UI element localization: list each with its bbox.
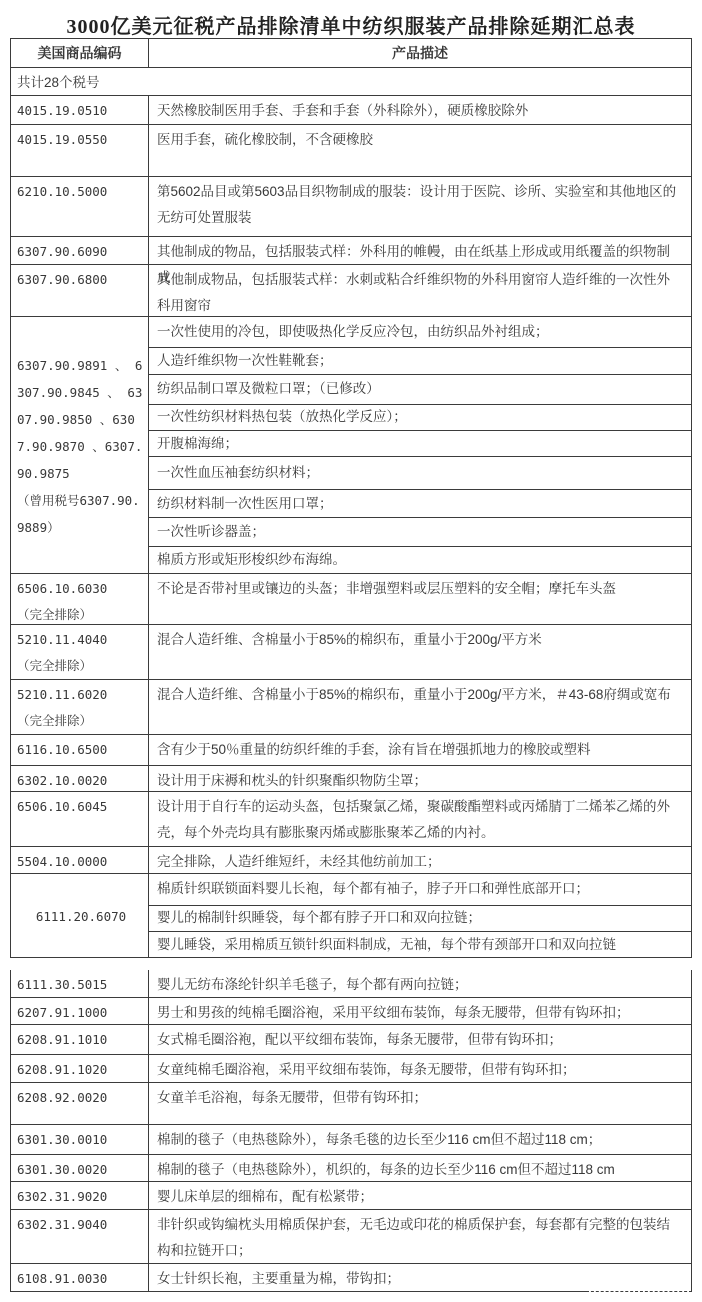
code-cell: 6301.30.0020	[11, 1155, 149, 1181]
desc-cell: 设计用于自行车的运动头盔，包括聚氯乙烯，聚碳酸酯塑料或丙烯腈丁二烯苯乙烯的外壳，…	[149, 792, 691, 846]
sub-row: 一次性使用的冷包，即使吸热化学反应冷包，由纺织品外衬组成；	[149, 317, 691, 347]
sub-row: 人造纤维织物一次性鞋靴套；	[149, 347, 691, 374]
table-row-group: 6111.20.6070 棉质针织联锁面料婴儿长袍，每个都有袖子，脖子开口和弹性…	[11, 873, 691, 957]
table-row: 6108.91.0030 女士针织长袍，主要重量为棉，带钩扣；	[11, 1263, 691, 1291]
code-cell: 4015.19.0510	[11, 96, 149, 124]
sub-row-list: 一次性使用的冷包，即使吸热化学反应冷包，由纺织品外衬组成； 人造纤维织物一次性鞋…	[149, 317, 691, 573]
code-cell: 6301.30.0010	[11, 1125, 149, 1154]
table-row: 6301.30.0010 棉制的毯子（电热毯除外），每条毛毯的边长至少116 c…	[11, 1124, 691, 1154]
desc-cell: 女士针织长袍，主要重量为棉，带钩扣；	[149, 1264, 691, 1291]
table-row: 4015.19.0550 医用手套，硫化橡胶制，不含硬橡胶	[11, 124, 691, 176]
table-row: 6302.10.0020 设计用于床褥和枕头的针织聚酯织物防尘罩；	[11, 765, 691, 791]
code-cell: 6506.10.6030 （完全排除）	[11, 574, 149, 624]
code-cell: 6208.91.1020	[11, 1055, 149, 1082]
table-row: 6207.91.1000 男士和男孩的纯棉毛圈浴袍，采用平纹细布装饰，每条无腰带…	[11, 997, 691, 1024]
desc-cell: 棉制的毯子（电热毯除外），机织的，每条的边长至少116 cm但不超过118 cm	[149, 1155, 691, 1181]
table-row: 6208.91.1010 女式棉毛圈浴袍，配以平纹细布装饰，每条无腰带，但带有钩…	[11, 1024, 691, 1054]
table-row-group: 6307.90.9891 、 6307.90.9845 、 6307.90.98…	[11, 316, 691, 573]
sub-row: 婴儿睡袋，采用棉质互锁针织面料制成，无袖，每个带有颈部开口和双向拉链	[149, 931, 691, 957]
bottom-border-dashed-segment	[586, 1291, 692, 1292]
header-desc: 产品描述	[149, 39, 691, 67]
table-row: 5210.11.4040 （完全排除） 混合人造纤维、含棉量小于85%的棉织布，…	[11, 624, 691, 679]
desc-cell: 女童羊毛浴袍，每条无腰带，但带有钩环扣；	[149, 1083, 691, 1124]
code-note: （曾用税号6307.90.9889）	[17, 487, 145, 541]
desc-cell: 设计用于床褥和枕头的针织聚酯织物防尘罩；	[149, 766, 691, 791]
code-cell: 6307.90.6800	[11, 265, 149, 316]
code-cell: 6302.10.0020	[11, 766, 149, 791]
summary-text: 共计28个税号	[11, 68, 691, 95]
sub-row: 婴儿的棉制针织睡袋，每个都有脖子开口和双向拉链；	[149, 905, 691, 932]
sub-row: 一次性听诊器盖；	[149, 517, 691, 546]
code-note: （完全排除）	[17, 653, 145, 679]
desc-cell: 女式棉毛圈浴袍，配以平纹细布装饰，每条无腰带，但带有钩环扣；	[149, 1025, 691, 1054]
document-page: 3000亿美元征税产品排除清单中纺织服装产品排除延期汇总表 美国商品编码 产品描…	[0, 0, 702, 1302]
code-cell: 6208.92.0020	[11, 1083, 149, 1124]
table-row: 6208.91.1020 女童纯棉毛圈浴袍，采用平纹细布装饰，每条无腰带，但带有…	[11, 1054, 691, 1082]
desc-cell: 其他制成的物品，包括服装式样：外科用的帷幔，由在纸基上形成或用纸覆盖的织物制成	[149, 237, 691, 264]
document-title: 3000亿美元征税产品排除清单中纺织服装产品排除延期汇总表	[0, 0, 702, 38]
code-list: 6307.90.9891 、 6307.90.9845 、 6307.90.98…	[17, 352, 145, 487]
code-cell: 6302.31.9020	[11, 1182, 149, 1209]
desc-cell: 棉制的毯子（电热毯除外），每条毛毯的边长至少116 cm但不超过118 cm；	[149, 1125, 691, 1154]
summary-row: 共计28个税号	[11, 67, 691, 95]
table-row: 6210.10.5000 第5602品目或第5603品目织物制成的服装：设计用于…	[11, 176, 691, 236]
sub-row: 棉质针织联锁面料婴儿长袍，每个都有袖子，脖子开口和弹性底部开口；	[149, 874, 691, 905]
page-break-gap	[0, 958, 702, 970]
table-row: 6506.10.6045 设计用于自行车的运动头盔，包括聚氯乙烯，聚碳酸酯塑料或…	[11, 791, 691, 846]
table-row: 6302.31.9020 婴儿床单层的细棉布，配有松紧带；	[11, 1181, 691, 1209]
desc-cell: 其他制成物品，包括服装式样：水刺或粘合纤维织物的外科用窗帘人造纤维的一次性外科用…	[149, 265, 691, 316]
code-text: 6506.10.6030	[17, 581, 107, 596]
table-row: 6208.92.0020 女童羊毛浴袍，每条无腰带，但带有钩环扣；	[11, 1082, 691, 1124]
desc-cell: 女童纯棉毛圈浴袍，采用平纹细布装饰，每条无腰带，但带有钩环扣；	[149, 1055, 691, 1082]
tariff-table-part-1: 美国商品编码 产品描述 共计28个税号 4015.19.0510 天然橡胶制医用…	[10, 38, 692, 958]
sub-row: 纺织品制口罩及微粒口罩；（已修改）	[149, 374, 691, 404]
desc-cell: 非针织或钩编枕头用棉质保护套，无毛边或印花的棉质保护套，每套都有完整的包装结构和…	[149, 1210, 691, 1263]
code-cell: 6506.10.6045	[11, 792, 149, 846]
table-row: 4015.19.0510 天然橡胶制医用手套、手套和手套（外科除外），硬质橡胶除…	[11, 95, 691, 124]
table-row: 6301.30.0020 棉制的毯子（电热毯除外），机织的，每条的边长至少116…	[11, 1154, 691, 1181]
desc-cell: 男士和男孩的纯棉毛圈浴袍，采用平纹细布装饰，每条无腰带，但带有钩环扣；	[149, 998, 691, 1024]
sub-row: 棉质方形或矩形梭织纱布海绵。	[149, 546, 691, 573]
desc-cell: 完全排除，人造纤维短纤，未经其他纺前加工；	[149, 847, 691, 873]
desc-cell: 医用手套，硫化橡胶制，不含硬橡胶	[149, 125, 691, 176]
table-row: 6506.10.6030 （完全排除） 不论是否带衬里或镶边的头盔；非增强塑料或…	[11, 573, 691, 624]
code-cell: 6307.90.6090	[11, 237, 149, 264]
code-cell: 6208.91.1010	[11, 1025, 149, 1054]
desc-cell: 不论是否带衬里或镶边的头盔；非增强塑料或层压塑料的安全帽；摩托车头盔	[149, 574, 691, 624]
table-row: 6307.90.6800 其他制成物品，包括服装式样：水刺或粘合纤维织物的外科用…	[11, 264, 691, 316]
code-cell: 5210.11.6020 （完全排除）	[11, 680, 149, 734]
table-row: 6307.90.6090 其他制成的物品，包括服装式样：外科用的帷幔，由在纸基上…	[11, 236, 691, 264]
desc-cell: 混合人造纤维、含棉量小于85%的棉织布，重量小于200g/平方米，＃43-68府…	[149, 680, 691, 734]
code-cell: 6307.90.9891 、 6307.90.9845 、 6307.90.98…	[11, 317, 149, 573]
sub-row: 开腹棉海绵；	[149, 430, 691, 457]
table-row: 6111.30.5015 婴儿无纺布涤纶针织羊毛毯子，每个都有两向拉链；	[11, 970, 691, 997]
desc-cell: 含有少于50％重量的纺织纤维的手套，涂有旨在增强抓地力的橡胶或塑料	[149, 735, 691, 765]
code-cell: 6210.10.5000	[11, 177, 149, 236]
code-cell: 6111.20.6070	[11, 874, 149, 957]
code-text: 5210.11.6020	[17, 687, 107, 702]
table-header-row: 美国商品编码 产品描述	[11, 39, 691, 67]
desc-cell: 婴儿床单层的细棉布，配有松紧带；	[149, 1182, 691, 1209]
table-row: 5504.10.0000 完全排除，人造纤维短纤，未经其他纺前加工；	[11, 846, 691, 873]
code-cell: 6111.30.5015	[11, 970, 149, 997]
table-row: 6302.31.9040 非针织或钩编枕头用棉质保护套，无毛边或印花的棉质保护套…	[11, 1209, 691, 1263]
code-cell: 6207.91.1000	[11, 998, 149, 1024]
sub-row-list: 棉质针织联锁面料婴儿长袍，每个都有袖子，脖子开口和弹性底部开口； 婴儿的棉制针织…	[149, 874, 691, 957]
header-code: 美国商品编码	[11, 39, 149, 67]
code-cell: 4015.19.0550	[11, 125, 149, 176]
code-cell: 6302.31.9040	[11, 1210, 149, 1263]
desc-cell: 混合人造纤维、含棉量小于85%的棉织布，重量小于200g/平方米	[149, 625, 691, 679]
code-cell: 6108.91.0030	[11, 1264, 149, 1291]
desc-cell: 婴儿无纺布涤纶针织羊毛毯子，每个都有两向拉链；	[149, 970, 691, 997]
sub-row: 纺织材料制一次性医用口罩；	[149, 489, 691, 517]
code-note: （完全排除）	[17, 708, 145, 734]
sub-row: 一次性纺织材料热包装（放热化学反应）；	[149, 404, 691, 430]
tariff-table-part-2: 6111.30.5015 婴儿无纺布涤纶针织羊毛毯子，每个都有两向拉链； 620…	[10, 970, 692, 1291]
table-row: 6116.10.6500 含有少于50％重量的纺织纤维的手套，涂有旨在增强抓地力…	[11, 734, 691, 765]
code-cell: 5504.10.0000	[11, 847, 149, 873]
code-cell: 5210.11.4040 （完全排除）	[11, 625, 149, 679]
desc-cell: 第5602品目或第5603品目织物制成的服装：设计用于医院、诊所、实验室和其他地…	[149, 177, 691, 236]
code-cell: 6116.10.6500	[11, 735, 149, 765]
table-row: 5210.11.6020 （完全排除） 混合人造纤维、含棉量小于85%的棉织布，…	[11, 679, 691, 734]
desc-cell: 天然橡胶制医用手套、手套和手套（外科除外），硬质橡胶除外	[149, 96, 691, 124]
code-text: 5210.11.4040	[17, 632, 107, 647]
bottom-border-solid-segment	[10, 1291, 586, 1292]
sub-row: 一次性血压袖套纺织材料；	[149, 456, 691, 489]
